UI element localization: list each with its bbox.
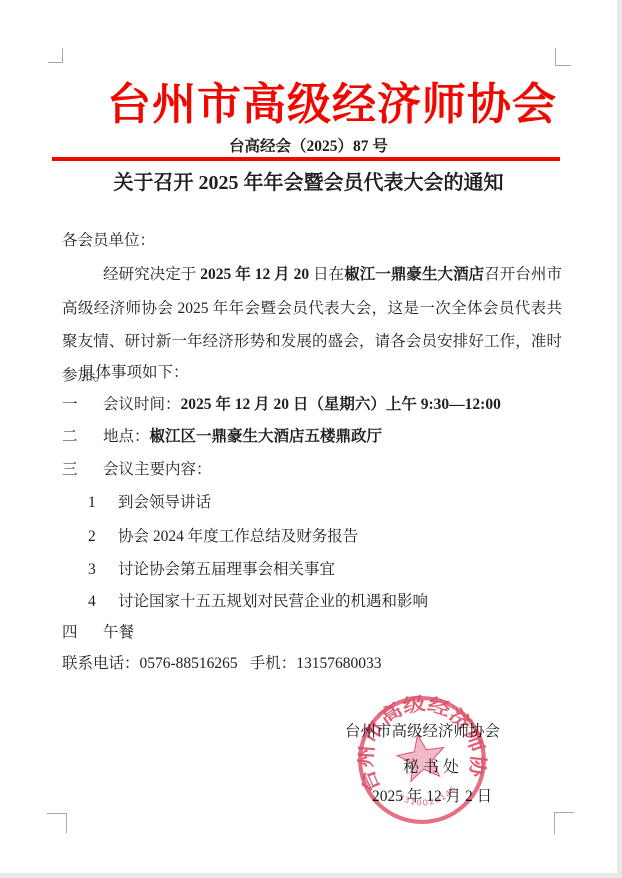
document-canvas: 台州市高级经济师协会 台高经会（2025）87 号 关于召开 2025 年年会暨…: [0, 0, 622, 878]
item-label: 午餐: [103, 624, 134, 641]
phone-label: 联系电话：: [62, 655, 140, 672]
paragraph-venue-bold: 椒江一鼎豪生大酒店: [344, 266, 484, 283]
paragraph-text: 日在: [313, 266, 344, 283]
sub-item-number: 3: [88, 560, 118, 580]
notice-page: 台州市高级经济师协会 台高经会（2025）87 号 关于召开 2025 年年会暨…: [0, 0, 617, 873]
crop-mark-top-right: [555, 48, 571, 66]
paragraph-text: 经研究决定于: [103, 266, 200, 283]
item-value-bold: 2025 年 12 月 20 日（星期六）上午 9:30—12:00: [181, 396, 501, 413]
sub-item-number: 2: [88, 527, 118, 547]
mobile-label: 手机：: [250, 655, 297, 672]
seal-code-text: 3310020146: [395, 782, 460, 812]
contact-line: 联系电话：0576-88516265手机：13157680033: [62, 654, 381, 674]
item-location: 二地点：椒江区一鼎豪生大酒店五楼鼎政厅: [62, 427, 382, 447]
sub-item-number: 4: [88, 592, 118, 612]
item-number: 二: [62, 427, 103, 447]
agenda-sub-item: 4讨论国家十五五规划对民营企业的机遇和影响: [88, 592, 428, 612]
red-divider: [52, 157, 560, 161]
item-label: 地点：: [103, 428, 150, 445]
phone-number: 0576-88516265: [140, 655, 238, 672]
sub-item-text: 讨论协会第五届理事会相关事宜: [118, 561, 335, 578]
item-lunch: 四午餐: [62, 623, 134, 643]
item-value-bold: 椒江区一鼎豪生大酒店五楼鼎政厅: [150, 428, 383, 445]
sub-item-text: 协会 2024 年度工作总结及财务报告: [118, 528, 358, 545]
sub-item-text: 到会领导讲话: [118, 494, 211, 511]
notice-title: 关于召开 2025 年年会暨会员代表大会的通知: [0, 166, 617, 195]
sub-item-number: 1: [88, 493, 118, 513]
doc-number: 台高经会（2025）87 号: [0, 134, 617, 156]
lead-in: 具体事项如下：: [80, 363, 189, 383]
item-number: 四: [62, 623, 103, 643]
paragraph-date-bold: 2025 年 12 月 20: [200, 266, 313, 283]
item-agenda: 三会议主要内容：: [62, 460, 212, 480]
official-seal: 台州市高级经济师协会 3310020146: [346, 684, 499, 837]
mobile-number: 13157680033: [296, 655, 381, 672]
seal-star-icon: [394, 731, 448, 783]
item-meeting-time: 一会议时间：2025 年 12 月 20 日（星期六）上午 9:30—12:00: [62, 395, 501, 415]
item-label: 会议时间：: [103, 396, 181, 413]
item-label: 会议主要内容：: [103, 461, 212, 478]
agenda-sub-item: 2协会 2024 年度工作总结及财务报告: [88, 527, 358, 547]
crop-mark-top-left: [48, 48, 63, 63]
org-title: 台州市高级经济师协会: [24, 68, 622, 132]
agenda-sub-item: 1到会领导讲话: [88, 493, 211, 513]
item-number: 三: [62, 460, 103, 480]
crop-mark-bottom-left: [47, 813, 67, 833]
salutation: 各会员单位：: [62, 231, 155, 251]
sub-item-text: 讨论国家十五五规划对民营企业的机遇和影响: [118, 593, 428, 610]
item-number: 一: [62, 395, 103, 415]
crop-mark-bottom-right: [554, 812, 574, 834]
agenda-sub-item: 3讨论协会第五届理事会相关事宜: [88, 560, 335, 580]
